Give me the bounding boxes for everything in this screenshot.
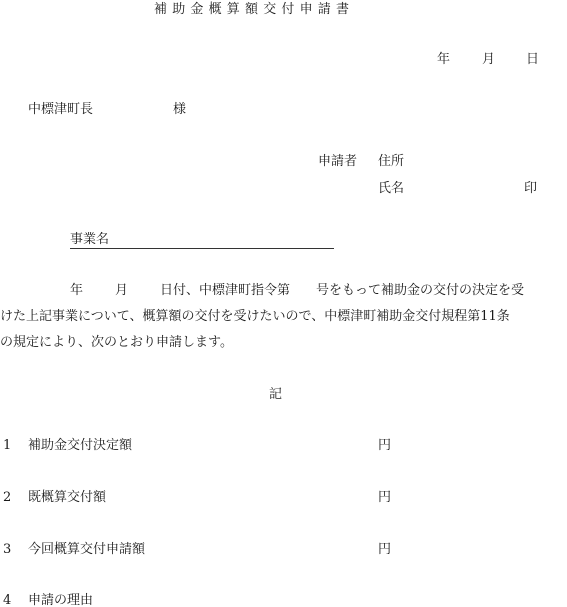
ki-heading: 記 xyxy=(269,387,282,403)
addressee-name: 中標津町長 xyxy=(28,102,93,118)
project-name-field[interactable]: 事業名 xyxy=(70,232,334,249)
body-line-3: の規定により、次のとおり申請します。 xyxy=(0,330,567,356)
applicant-label: 申請者 xyxy=(318,154,357,170)
applicant-name-label: 氏名 xyxy=(378,181,404,197)
item-unit: 円 xyxy=(378,438,391,454)
item-label: 補助金交付決定額 xyxy=(28,438,132,454)
applicant-address-label: 住所 xyxy=(378,154,404,170)
body-day-suffix: 日付、中標津町指令第 xyxy=(160,283,290,298)
item-number: 3 xyxy=(3,542,11,558)
item-label: 既概算交付額 xyxy=(28,490,106,506)
body-line-1: 年月日付、中標津町指令第号をもって補助金の交付の決定を受 xyxy=(0,278,567,304)
date-month-label: 月 xyxy=(482,52,495,68)
date-year-label: 年 xyxy=(437,52,450,68)
body-year: 年 xyxy=(70,283,83,298)
document-title: 補助金概算額交付申請書 xyxy=(154,2,354,18)
item-label: 今回概算交付申請額 xyxy=(28,542,145,558)
item-label: 申請の理由 xyxy=(28,593,93,607)
item-number: 2 xyxy=(3,490,11,506)
project-name-label: 事業名 xyxy=(70,232,109,247)
body-paragraph: 年月日付、中標津町指令第号をもって補助金の交付の決定を受 けた上記事業について、… xyxy=(0,278,567,356)
body-number-suffix: 号をもって補助金の交付の決定を受 xyxy=(316,283,524,298)
body-line-2: けた上記事業について、概算額の交付を受けたいので、中標津町補助金交付規程第11条 xyxy=(0,304,567,330)
item-number: 4 xyxy=(3,593,11,607)
seal-label: 印 xyxy=(524,181,537,197)
addressee-honorific: 様 xyxy=(173,102,186,118)
item-number: 1 xyxy=(3,438,11,454)
body-month: 月 xyxy=(115,283,128,298)
item-unit: 円 xyxy=(378,542,391,558)
item-unit: 円 xyxy=(378,490,391,506)
date-day-label: 日 xyxy=(526,52,539,68)
